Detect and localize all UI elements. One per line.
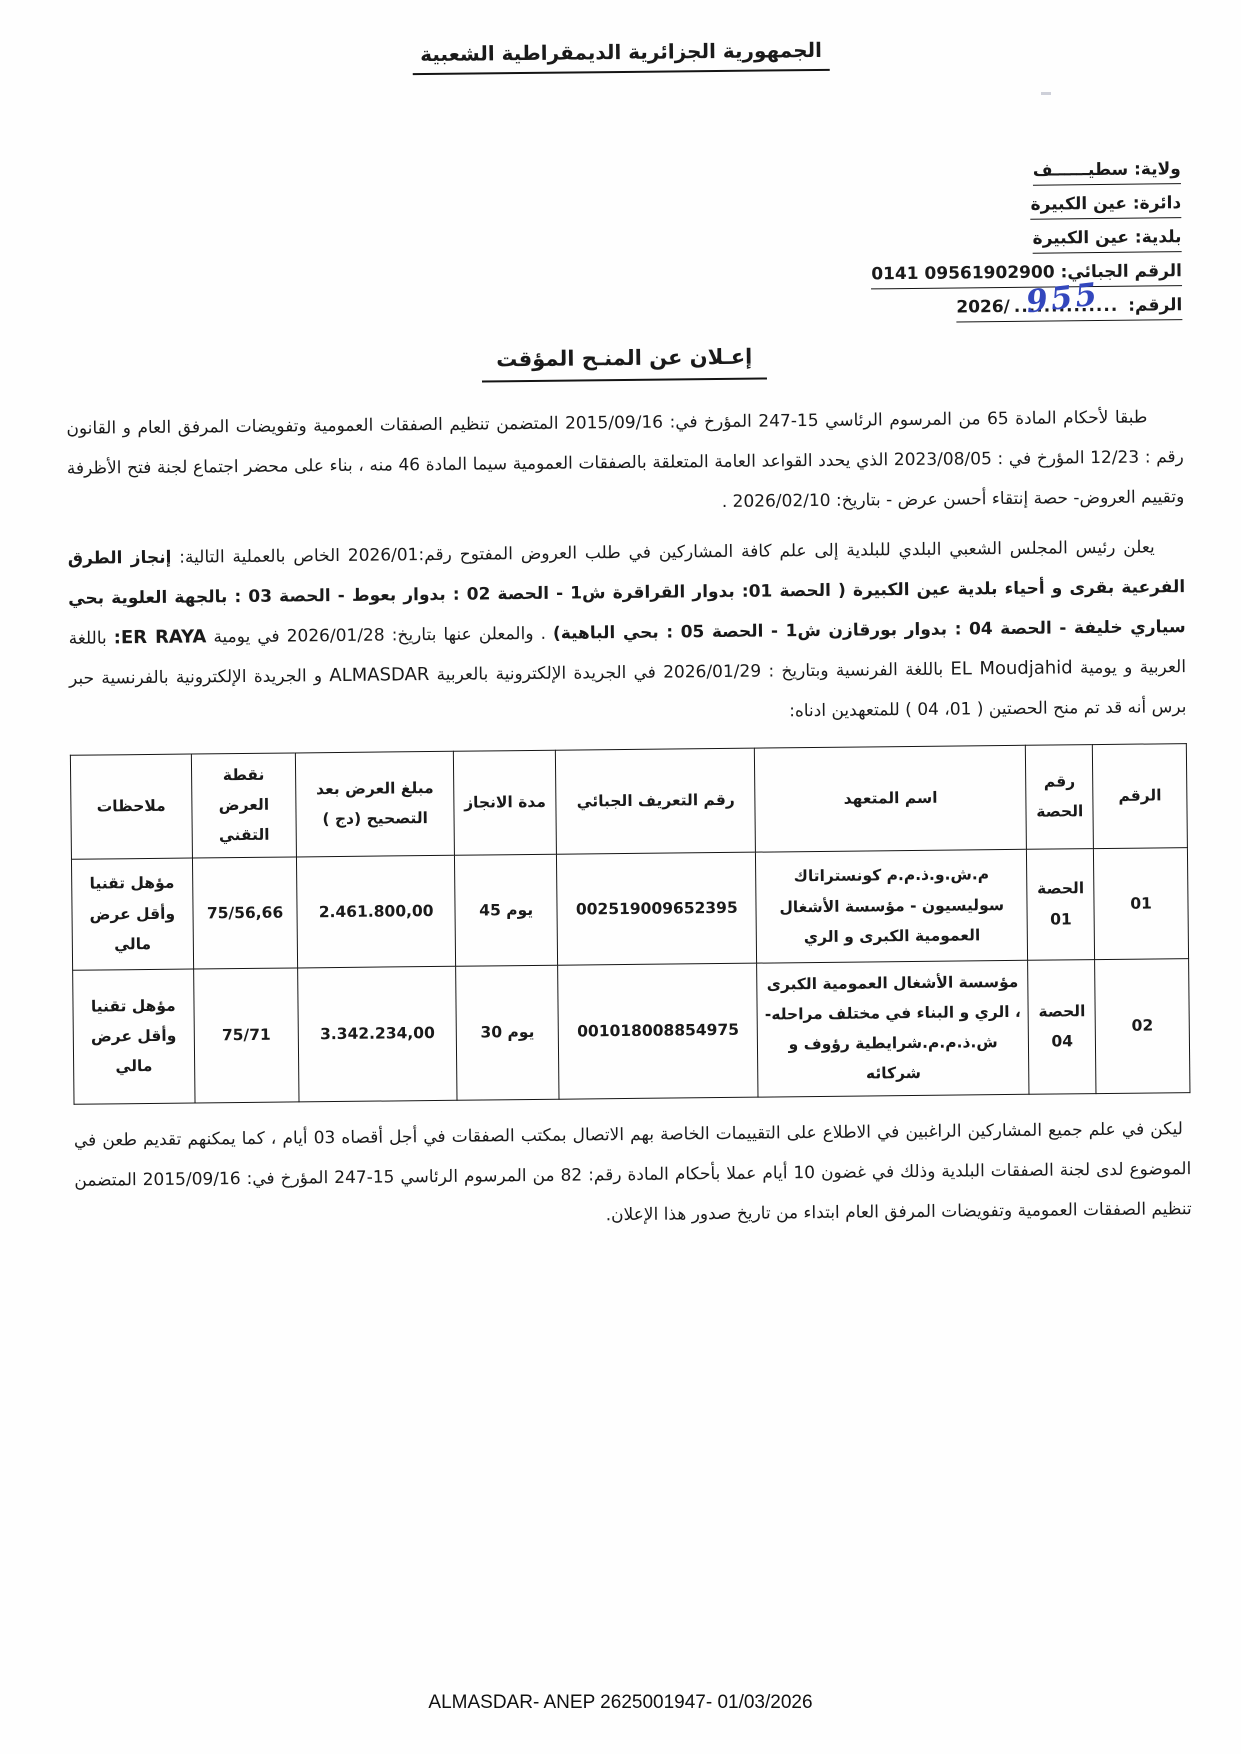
wilaya-line: ولاية: سطيــــــف (64, 159, 1181, 196)
ref-label: الرقم: (1128, 295, 1182, 316)
tax-id-value: 0141 09561902900 (871, 262, 1055, 284)
cell-notes: مؤهل تقنيا وأقل عرض مالي (73, 969, 195, 1104)
header-tax-id: رقم التعريف الجبائي (556, 748, 756, 854)
tax-id-label: الرقم الجبائي: (1060, 261, 1182, 282)
tax-id-text: الرقم الجبائي: 0141 09561902900 (871, 261, 1182, 289)
header-lot: رقم الحصة (1026, 745, 1094, 849)
results-table: الرقم رقم الحصة اسم المتعهد رقم التعريف … (70, 743, 1191, 1104)
cell-tax-id: 001018008854975 (558, 963, 758, 1099)
wilaya-text: ولاية: سطيــــــف (1033, 159, 1181, 186)
cell-score: 75/56,66 (192, 857, 298, 969)
newspaper-el-moudjahid: EL Moudjahid (950, 657, 1072, 679)
cell-amount: 2.461.800,00 (297, 855, 455, 968)
reference-text: الرقم: ..............9552026/ (956, 295, 1182, 322)
header-duration: مدة الانجاز (453, 750, 557, 855)
table-header-row: الرقم رقم الحصة اسم المتعهد رقم التعريف … (70, 744, 1187, 859)
document-page: الجمهورية الجزائرية الديمقراطية الشعبية … (0, 0, 1241, 1754)
commune-line: بلدية: عين الكبيرة (64, 227, 1181, 264)
announcement-paragraph: يعلن رئيس المجلس الشعبي البلدي للبلدية إ… (68, 527, 1187, 739)
daira-line: دائرة: عين الكبيرة (64, 193, 1181, 230)
cell-num: 02 (1095, 958, 1190, 1093)
cell-tax-id: 002519009652395 (557, 852, 757, 965)
closing-paragraph: ليكن في علم جميع المشاركين الراغبين في ا… (74, 1109, 1192, 1241)
table-row: 01 الحصة 01 م.ش.و.ذ.م.م كونستراتاك سوليس… (71, 847, 1188, 970)
p2-intro: يعلن رئيس المجلس الشعبي البلدي للبلدية إ… (171, 537, 1155, 567)
commune-text: بلدية: عين الكبيرة (1032, 227, 1181, 254)
announcement-title: إعـلان عن المنـح المؤقت (482, 344, 766, 382)
header-notes: ملاحظات (70, 754, 192, 859)
header-score: نقطة العرض التقني (191, 753, 297, 858)
ref-year: 2026/ (956, 297, 1010, 318)
cell-lot: الحصة 01 (1027, 848, 1095, 960)
cell-amount: 3.342.234,00 (298, 966, 457, 1102)
cell-bidder: م.ش.و.ذ.م.م كونستراتاك سوليسيون - مؤسسة … (756, 849, 1028, 963)
header-num: الرقم (1093, 744, 1188, 849)
cell-duration: 45 يوم (454, 854, 558, 966)
republic-title-wrap: الجمهورية الجزائرية الديمقراطية الشعبية (62, 34, 1179, 79)
title-wrap: إعـلان عن المنـح المؤقت (66, 340, 1183, 387)
cell-notes: مؤهل تقنيا وأقل عرض مالي (71, 858, 193, 970)
daira-text: دائرة: عين الكبيرة (1030, 193, 1181, 220)
scanned-content: الجمهورية الجزائرية الديمقراطية الشعبية … (0, 0, 1241, 1241)
legal-paragraph: طبقا لأحكام المادة 65 من المرسوم الرئاسي… (66, 397, 1184, 529)
ref-dots-text: .............. (1014, 296, 1119, 317)
p2-middle2: باللغة الفرنسية وبتاريخ : 2026/01/29 في … (429, 660, 950, 685)
reference-line: الرقم: ..............9552026/ (65, 295, 1182, 332)
cell-num: 01 (1094, 847, 1189, 959)
newspaper-er-raya: ER RAYA: (114, 626, 207, 648)
header-bidder: اسم المتعهد (754, 745, 1026, 851)
republic-title: الجمهورية الجزائرية الديمقراطية الشعبية (412, 38, 830, 75)
ref-dots: ..............955 (1010, 296, 1123, 317)
cell-score: 75/71 (193, 968, 299, 1103)
cell-lot: الحصة 04 (1028, 959, 1096, 1094)
newspaper-almasdar: ALMASDAR (329, 664, 429, 686)
cell-duration: 30 يوم (455, 965, 559, 1100)
p2-published: . والمعلن عنها بتاريخ: 2026/01/28 في يوم… (206, 624, 553, 648)
header-amount: مبلغ العرض بعد التصحيح (دج ) (296, 751, 454, 856)
anep-footer: ALMASDAR- ANEP 2625001947- 01/03/2026 (0, 1692, 1241, 1714)
cell-bidder: مؤسسة الأشغال العمومية الكبرى ، الري و ا… (757, 960, 1030, 1097)
letterhead: ولاية: سطيــــــف دائرة: عين الكبيرة بلد… (64, 159, 1183, 332)
table-row: 02 الحصة 04 مؤسسة الأشغال العمومية الكبر… (73, 958, 1190, 1104)
tax-id-line: الرقم الجبائي: 0141 09561902900 (65, 261, 1182, 298)
